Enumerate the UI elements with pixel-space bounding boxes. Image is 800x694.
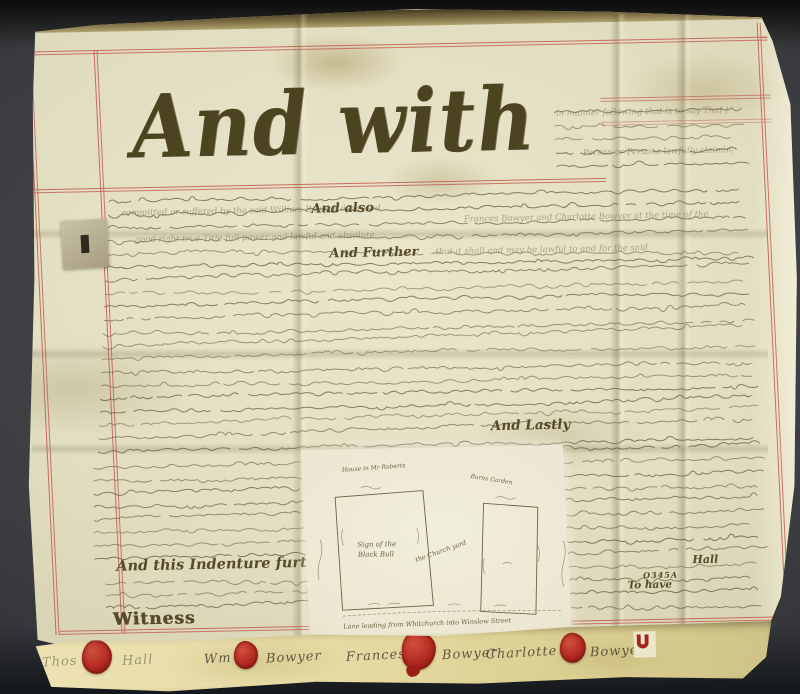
signature-given: Frances	[346, 647, 407, 665]
phrase-hall: Hall	[692, 553, 719, 567]
wax-ribbon-mark-icon	[637, 634, 649, 648]
wax-seal-icon	[82, 640, 113, 675]
phrase-plan-number: O345A	[643, 569, 678, 580]
photo-scene: And with And also And Further And Lastly…	[0, 0, 800, 694]
phrase-to-have: To have	[627, 579, 672, 592]
plan-left-plot-label-line1: Sign of the	[357, 540, 396, 549]
wax-seal-icon	[401, 631, 436, 670]
phrase-witness: Witness	[112, 608, 195, 630]
seal-slip	[634, 631, 656, 657]
plan-left-plot-label-line2: Black Bull	[358, 550, 394, 559]
wax-seal-icon	[560, 633, 587, 663]
plan-panel: House in Mr Roberts Sign of the Black Bu…	[301, 445, 572, 636]
ruled-page-content: And with And also And Further And Lastly…	[0, 0, 800, 694]
plan-right-plot-outline	[476, 502, 543, 615]
phrase-and-lastly: And Lastly	[490, 417, 570, 435]
signature-surname: Hall	[122, 652, 154, 669]
parchment-sheet: And with And also And Further And Lastly…	[0, 0, 800, 694]
signature-given: Wm	[204, 651, 232, 667]
signature-surname: Bowyer	[266, 649, 322, 667]
phrase-and-further: And Further	[329, 245, 419, 262]
binder-tab-slit	[81, 235, 90, 253]
wax-seal-icon	[234, 641, 259, 669]
signature-given: Thos	[42, 654, 78, 671]
binder-tab	[61, 219, 109, 269]
signature-given: Charlotte	[486, 644, 558, 663]
